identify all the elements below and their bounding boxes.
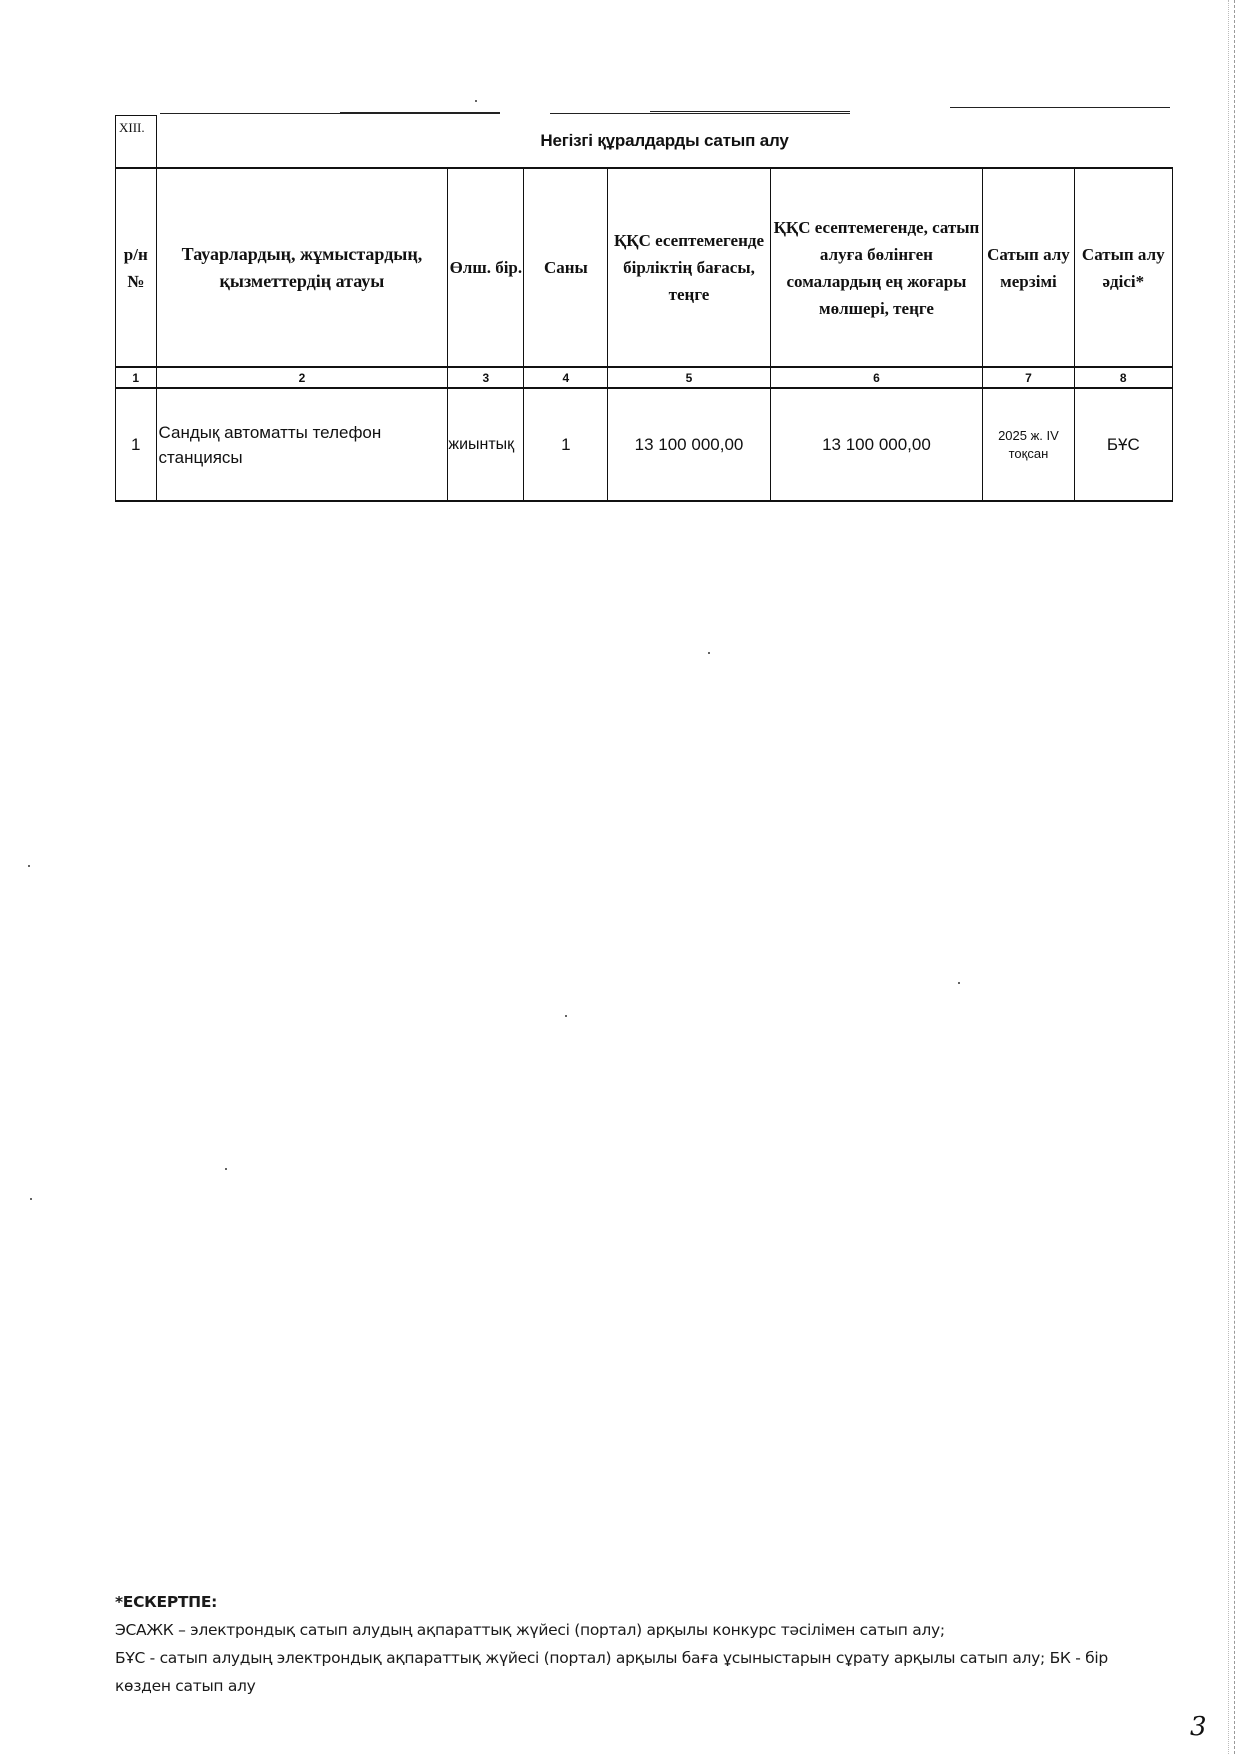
footnote-line: БҰС - сатып алудың электрондық ақпаратты… — [115, 1644, 1115, 1700]
header-row-number: р/н № — [116, 168, 157, 367]
item-unit-price: 13 100 000,00 — [608, 388, 770, 501]
footnote-line: ЭСАЖК – электрондық сатып алудың ақпарат… — [115, 1616, 1115, 1644]
header-row: р/н № Тауарлардың, жұмыстардың, қызметте… — [116, 168, 1173, 367]
column-number: 5 — [608, 367, 770, 388]
footnote-heading: *ЕСКЕРТПЕ: — [115, 1588, 1115, 1616]
column-number: 8 — [1074, 367, 1172, 388]
item-max-amount: 13 100 000,00 — [770, 388, 983, 501]
scan-speck — [475, 100, 477, 102]
header-quantity: Саны — [524, 168, 608, 367]
row-number: 1 — [116, 388, 157, 501]
header-period: Сатып алу мерзімі — [983, 168, 1074, 367]
header-item-name: Тауарлардың, жұмыстардың, қызметтердің а… — [156, 168, 448, 367]
scan-edge — [1234, 0, 1236, 1754]
column-number: 1 — [116, 367, 157, 388]
header-max-amount: ҚҚС есептемегенде, сатып алуға бөлінген … — [770, 168, 983, 367]
scan-speck — [30, 1198, 32, 1200]
item-unit: жиынтық — [448, 388, 524, 501]
scan-speck — [708, 652, 710, 654]
item-method: БҰС — [1074, 388, 1172, 501]
item-name: Сандық автоматты телефон станциясы — [156, 388, 448, 501]
scan-speck — [225, 1168, 227, 1170]
procurement-table: XIII. Негізгі құралдарды сатып алу р/н №… — [115, 115, 1173, 502]
scan-line — [550, 113, 850, 114]
header-method: Сатып алу әдісі* — [1074, 168, 1172, 367]
column-number-row: 1 2 3 4 5 6 7 8 — [116, 367, 1173, 388]
footnote: *ЕСКЕРТПЕ: ЭСАЖК – электрондық сатып алу… — [115, 1588, 1115, 1700]
scan-speck — [958, 982, 960, 984]
section-title: Негізгі құралдарды сатып алу — [156, 116, 1172, 169]
column-number: 6 — [770, 367, 983, 388]
scan-speck — [28, 865, 30, 867]
page-number: 3 — [1190, 1712, 1207, 1742]
column-number: 7 — [983, 367, 1074, 388]
scan-line — [340, 112, 500, 114]
header-unit-price: ҚҚС есептемегенде бірліктің бағасы, теңг… — [608, 168, 770, 367]
header-unit: Өлш. бір. — [448, 168, 524, 367]
column-number: 3 — [448, 367, 524, 388]
scan-line — [650, 111, 850, 112]
table-row: 1 Сандық автоматты телефон станциясы жиы… — [116, 388, 1173, 501]
document-page: XIII. Негізгі құралдарды сатып алу р/н №… — [0, 0, 1240, 1754]
section-number: XIII. — [116, 116, 157, 169]
item-quantity: 1 — [524, 388, 608, 501]
section-row: XIII. Негізгі құралдарды сатып алу — [116, 116, 1173, 169]
scan-line — [950, 107, 1170, 108]
column-number: 4 — [524, 367, 608, 388]
scan-edge — [1228, 0, 1230, 1754]
item-period: 2025 ж. IV тоқсан — [983, 388, 1074, 501]
scan-speck — [565, 1015, 567, 1017]
column-number: 2 — [156, 367, 448, 388]
